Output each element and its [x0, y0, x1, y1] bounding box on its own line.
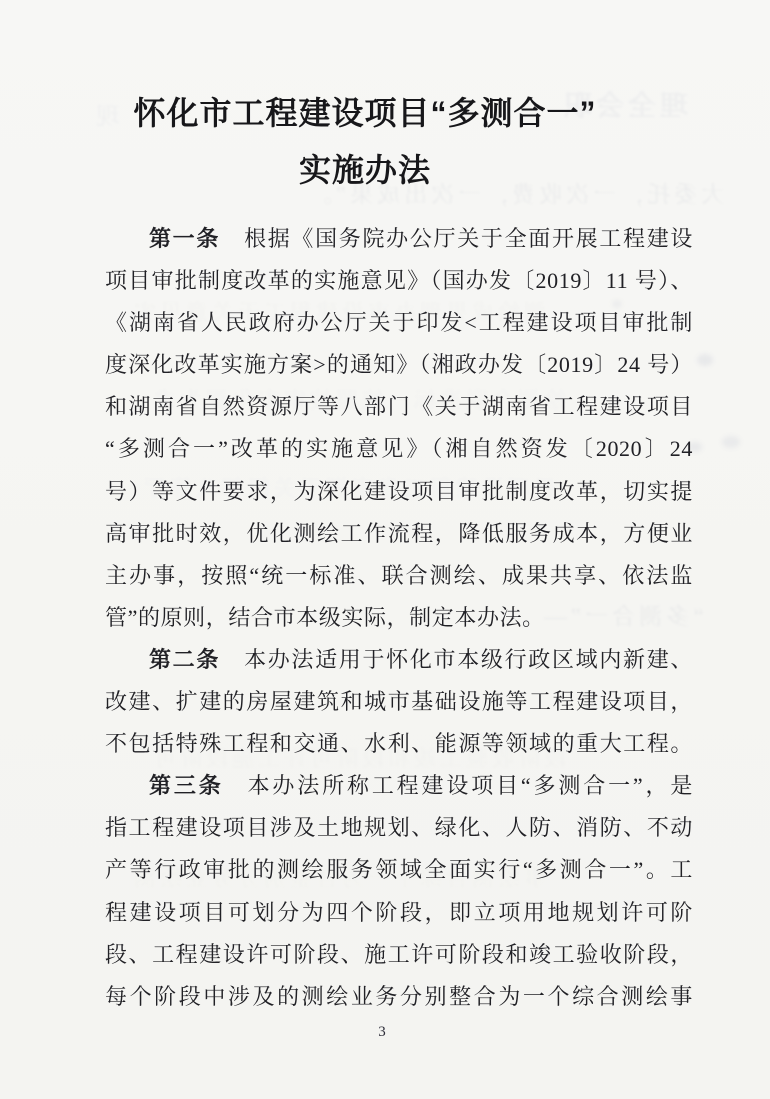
- text-line: 主办事，按照“统一标准、联合测绘、成果共享、依法监: [105, 555, 693, 597]
- text-line: 高审批时效，优化测绘工作流程，降低服务成本，方便业: [105, 513, 693, 555]
- title-line-1: 怀化市工程建设项目“多测合一”: [80, 85, 650, 142]
- text-line: 第一条根据《国务院办公厅关于全面开展工程建设: [105, 218, 693, 260]
- text-line: 第二条本办法适用于怀化市本级行政区域内新建、: [105, 639, 693, 681]
- scanned-document-page: 理全会职现大委托，一次收费，一次出成果”。“多测合一”—测绘成果理办市设建程工于…: [0, 0, 770, 1099]
- text-line: 管”的原则，结合市本级实际，制定本办法。: [105, 597, 693, 639]
- document-body: 第一条根据《国务院办公厅关于全面开展工程建设项目审批制度改革的实施意见》（国办发…: [105, 218, 693, 1018]
- title-line-2: 实施办法: [80, 142, 650, 199]
- text-line: 每个阶段中涉及的测绘业务分别整合为一个综合测绘事: [105, 976, 693, 1018]
- document-title: 怀化市工程建设项目“多测合一” 实施办法: [80, 85, 650, 199]
- text-line: 第三条本办法所称工程建设项目“多测合一”，是: [105, 765, 693, 807]
- text-line: 号）等文件要求，为深化建设项目审批制度改革，切实提: [105, 471, 693, 513]
- text-line: 度深化改革实施方案>的通知》（湘政办发〔2019〕24 号）: [105, 344, 693, 386]
- text-line: 指工程建设项目涉及土地规划、绿化、人防、消防、不动: [105, 807, 693, 849]
- article-number: 第一条: [149, 226, 220, 251]
- text-line: 改建、扩建的房屋建筑和城市基础设施等工程建设项目，: [105, 681, 693, 723]
- text-line: “多测合一”改革的实施意见》（湘自然资发〔2020〕24: [105, 428, 693, 470]
- text-line: 程建设项目可划分为四个阶段，即立项用地规划许可阶: [105, 892, 693, 934]
- text-line: 项目审批制度改革的实施意见》（国办发〔2019〕11 号）、: [105, 260, 693, 302]
- bleedthrough-blob: [722, 436, 740, 448]
- text-line: 不包括特殊工程和交通、水利、能源等领域的重大工程。: [105, 723, 693, 765]
- bleedthrough-blob: [697, 354, 713, 366]
- article-number: 第三条: [149, 773, 224, 798]
- text-line: 产等行政审批的测绘服务领域全面实行“多测合一”。工: [105, 849, 693, 891]
- article-number: 第二条: [149, 647, 220, 672]
- page-number: 3: [0, 1024, 764, 1041]
- text-line: 《湖南省人民政府办公厅关于印发<工程建设项目审批制: [105, 302, 693, 344]
- text-line: 和湖南省自然资源厅等八部门《关于湖南省工程建设项目: [105, 386, 693, 428]
- text-line: 段、工程建设许可阶段、施工许可阶段和竣工验收阶段，: [105, 934, 693, 976]
